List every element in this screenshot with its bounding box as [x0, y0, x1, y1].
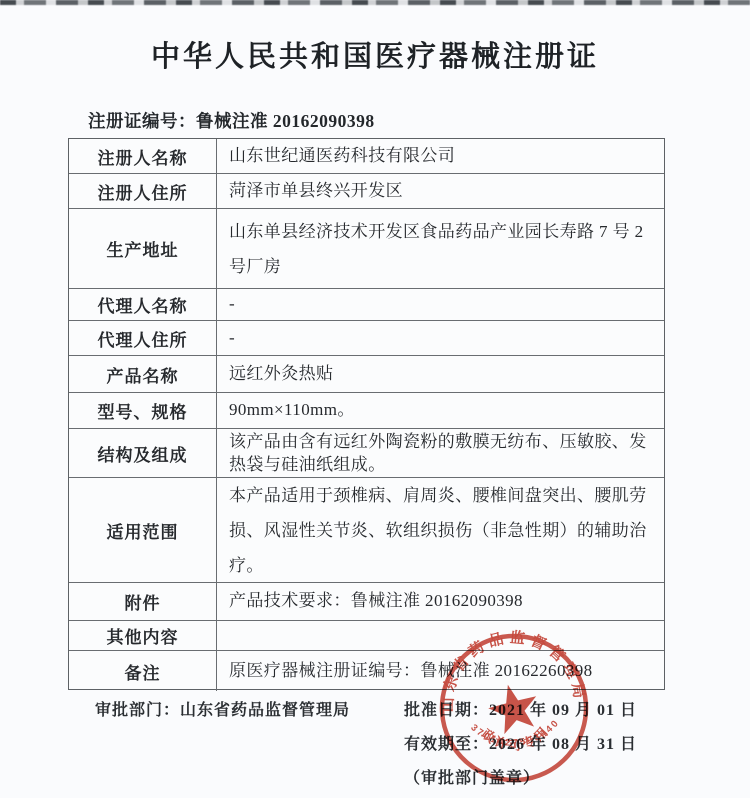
table-row: 备注原医疗器械注册证编号：鲁械注准 20162260398 [69, 651, 664, 691]
row-label: 其他内容 [69, 621, 217, 650]
row-label: 备注 [69, 651, 217, 691]
seal-note: （审批部门盖章） [404, 765, 637, 788]
approval-department: 审批部门：山东省药品监督管理局 [95, 697, 350, 720]
row-value: - [217, 321, 664, 355]
footer-dates-block: 批准日期：2021 年 09 月 01 日 有效期至：2026 年 08 月 3… [404, 697, 637, 798]
row-label: 型号、规格 [69, 393, 217, 428]
table-row: 其他内容 [69, 621, 664, 651]
table-row: 结构及组成该产品由含有远红外陶瓷粉的敷膜无纺布、压敏胶、发热袋与硅油纸组成。 [69, 429, 664, 478]
row-label: 附件 [69, 583, 217, 620]
table-row: 产品名称远红外灸热贴 [69, 356, 664, 393]
row-label: 代理人住所 [69, 321, 217, 355]
row-value: 山东世纪通医药科技有限公司 [217, 139, 664, 173]
valid-until-date: 有效期至：2026 年 08 月 31 日 [404, 731, 637, 754]
row-value [217, 621, 664, 650]
row-value: 该产品由含有远红外陶瓷粉的敷膜无纺布、压敏胶、发热袋与硅油纸组成。 [217, 429, 664, 477]
page-title: 中华人民共和国医疗器械注册证 [0, 34, 750, 75]
table-row: 附件产品技术要求：鲁械注准 20162090398 [69, 583, 664, 621]
row-label: 产品名称 [69, 356, 217, 392]
row-value: 90mm×110mm。 [217, 393, 664, 428]
scan-artifact-top-edge [0, 0, 750, 5]
approval-date: 批准日期：2021 年 09 月 01 日 [404, 697, 637, 720]
row-value: 山东单县经济技术开发区食品药品产业园长寿路 7 号 2 号厂房 [217, 209, 664, 288]
row-label: 注册人名称 [69, 139, 217, 173]
table-row: 型号、规格90mm×110mm。 [69, 393, 664, 429]
row-value: - [217, 289, 664, 320]
row-label: 代理人名称 [69, 289, 217, 320]
row-label: 适用范围 [69, 478, 217, 582]
table-row: 生产地址山东单县经济技术开发区食品药品产业园长寿路 7 号 2 号厂房 [69, 209, 664, 289]
row-label: 生产地址 [69, 209, 217, 288]
table-row: 代理人住所- [69, 321, 664, 356]
row-label: 注册人住所 [69, 174, 217, 208]
row-value: 产品技术要求：鲁械注准 20162090398 [217, 583, 664, 620]
table-row: 适用范围本产品适用于颈椎病、肩周炎、腰椎间盘突出、腰肌劳损、风湿性关节炎、软组织… [69, 478, 664, 583]
row-value: 菏泽市单县终兴开发区 [217, 174, 664, 208]
row-label: 结构及组成 [69, 429, 217, 477]
registration-certificate: { "page": { "title": "中华人民共和国医疗器械注册证", "… [0, 0, 750, 798]
table-row: 注册人名称山东世纪通医药科技有限公司 [69, 139, 664, 174]
table-row: 代理人名称- [69, 289, 664, 321]
certificate-table: 注册人名称山东世纪通医药科技有限公司注册人住所菏泽市单县终兴开发区生产地址山东单… [68, 138, 665, 690]
table-row: 注册人住所菏泽市单县终兴开发区 [69, 174, 664, 209]
row-value: 原医疗器械注册证编号：鲁械注准 20162260398 [217, 651, 664, 691]
row-value: 远红外灸热贴 [217, 356, 664, 392]
row-value: 本产品适用于颈椎病、肩周炎、腰椎间盘突出、腰肌劳损、风湿性关节炎、软组织损伤（非… [217, 478, 664, 582]
certificate-number-line: 注册证编号：鲁械注准 20162090398 [88, 108, 375, 133]
